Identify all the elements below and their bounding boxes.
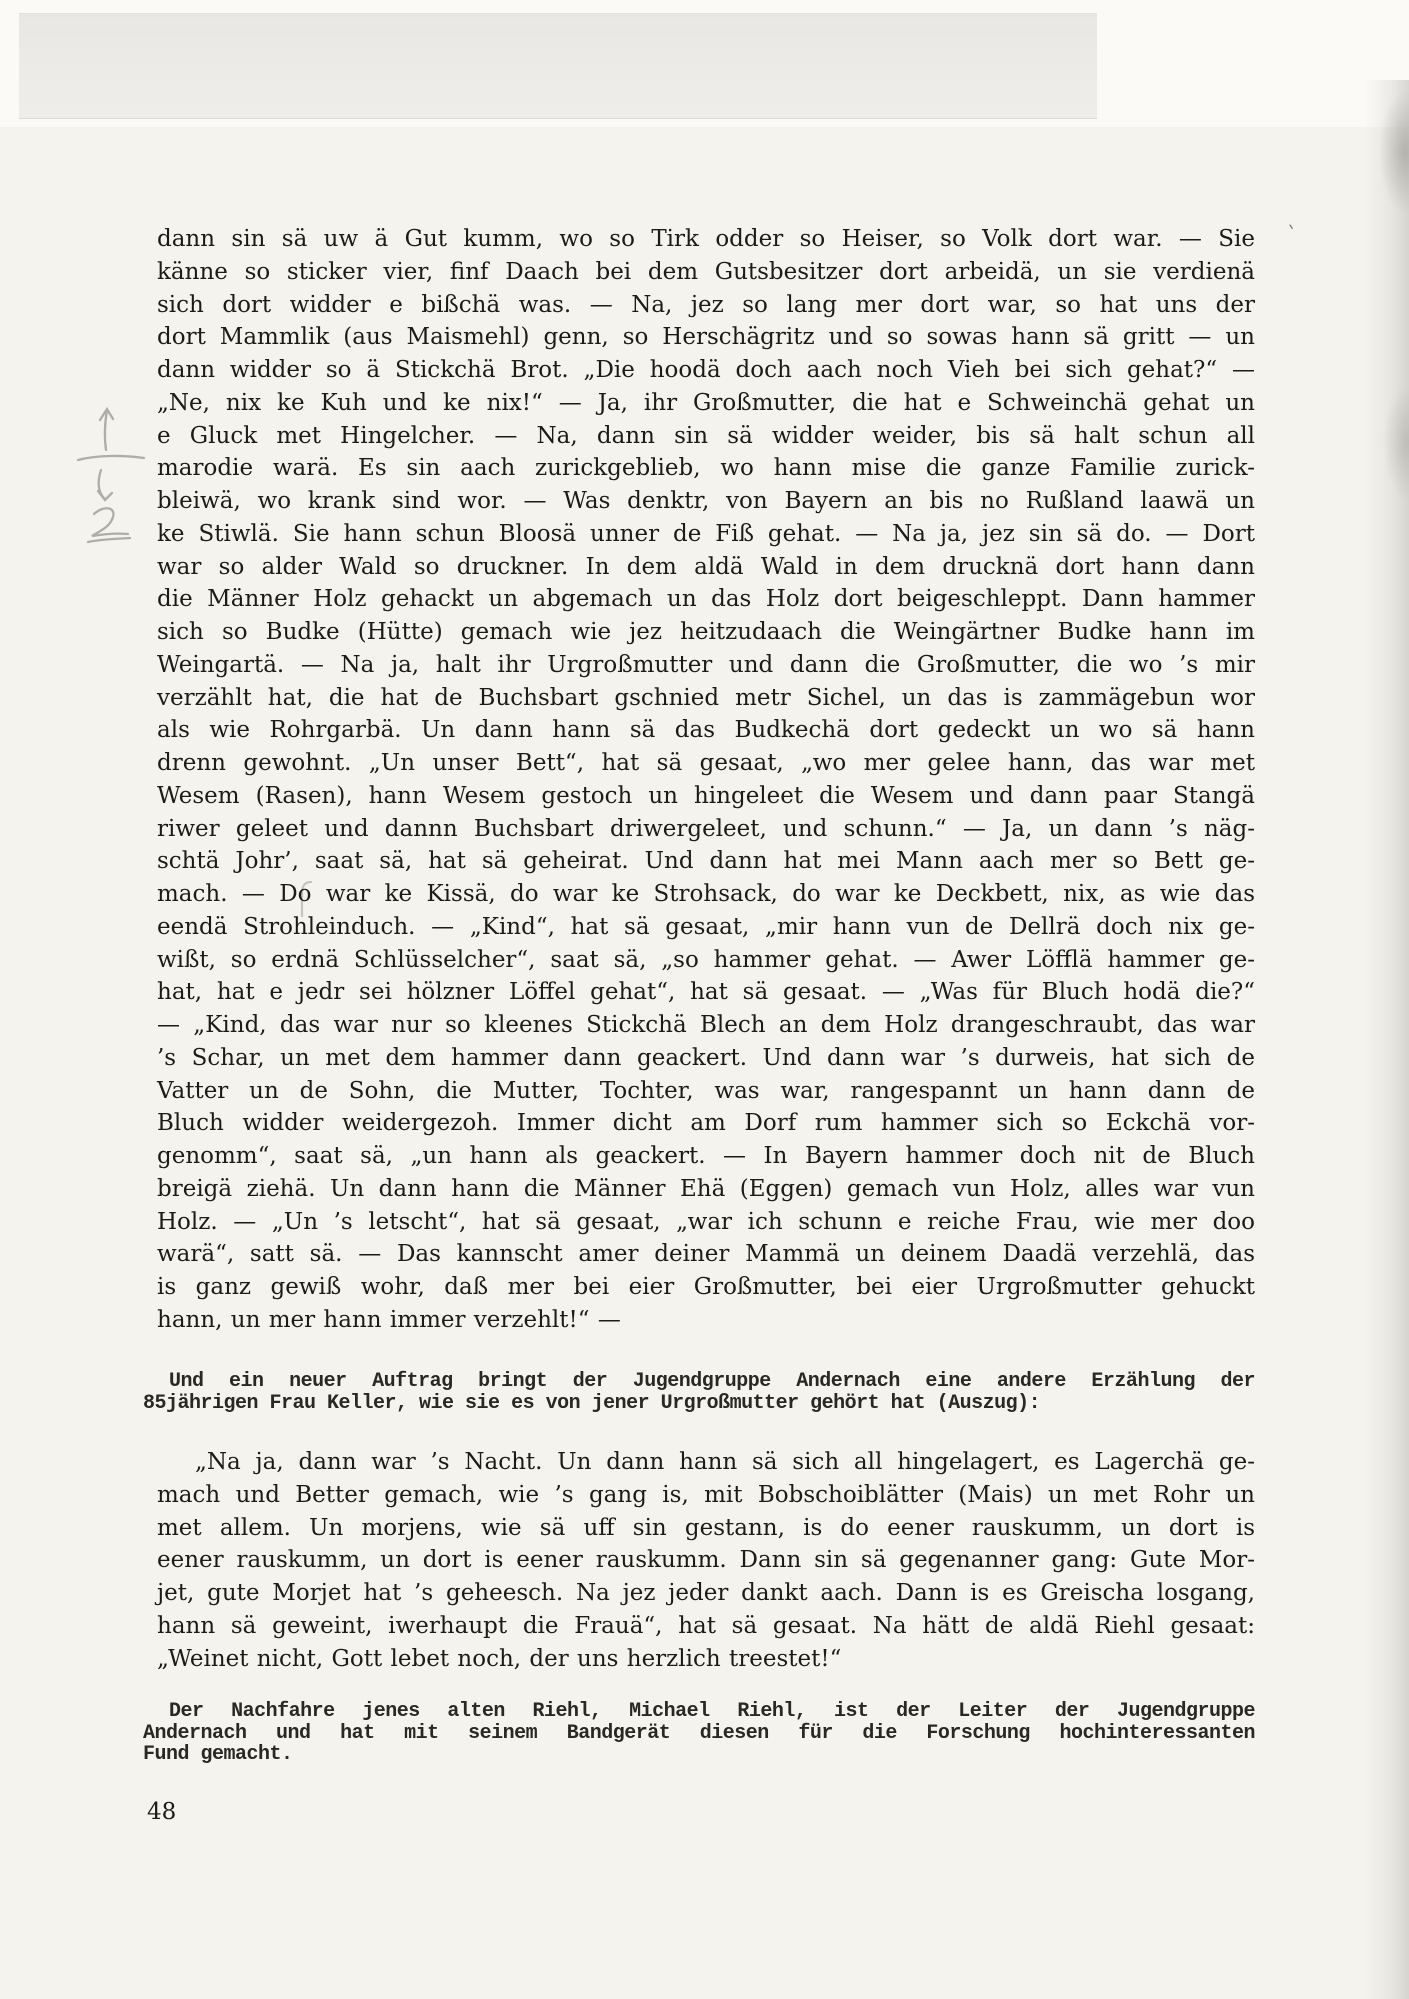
text-line: Vatter un de Sohn, die Mutter, Tochter, …: [157, 1075, 1255, 1108]
note-line: Und ein neuer Auftrag bringt der Jugendg…: [143, 1371, 1255, 1393]
editorial-note-2: Der Nachfahre jenes alten Riehl, Michael…: [143, 1701, 1255, 1766]
scan-artifact-top-band: [19, 13, 1097, 119]
text-line: hann, un mer hann immer verzehlt!“ —: [157, 1304, 1255, 1337]
text-line: riwer geleet und dannn Buchsbart driwerg…: [157, 813, 1255, 846]
text-line: schtä Johr’, saat sä, hat sä geheirat. U…: [157, 845, 1255, 878]
text-line: känne so sticker vier, finf Daach bei de…: [157, 256, 1255, 289]
text-line: breigä ziehä. Un dann hann die Männer Eh…: [157, 1173, 1255, 1206]
scan-smudge-top-right: [1379, 92, 1409, 212]
text-line: „Weinet nicht, Gott lebet noch, der uns …: [157, 1643, 1255, 1676]
text-line: met allem. Un morjens, wie sä uff sin ge…: [157, 1512, 1255, 1545]
text-line: die Männer Holz gehackt un abgemach un d…: [157, 583, 1255, 616]
text-line: Holz. — „Un ’s letscht“, hat sä gesaat, …: [157, 1206, 1255, 1239]
stray-pencil-tick: ˋ: [1284, 221, 1297, 246]
text-line: genomm“, saat sä, „un hann als geackert.…: [157, 1140, 1255, 1173]
text-line: ke Stiwlä. Sie hann schun Bloosä unner d…: [157, 518, 1255, 551]
text-line: sich dort widder e bißchä was. — Na, jez…: [157, 289, 1255, 322]
text-line: is ganz gewiß wohr, daß mer bei eier Gro…: [157, 1271, 1255, 1304]
page-number: 48: [147, 1797, 176, 1827]
text-line: mach. — Do war ke Kissä, do war ke Stroh…: [157, 878, 1255, 911]
text-line: verzählt hat, die hat de Buchsbart gschn…: [157, 682, 1255, 715]
editorial-note-1: Und ein neuer Auftrag bringt der Jugendg…: [143, 1371, 1255, 1414]
text-line: bleiwä, wo krank sind wor. — Was denktr,…: [157, 485, 1255, 518]
text-line: hat, hat e jedr sei hölzner Löffel gehat…: [157, 976, 1255, 1009]
text-line: jet, gute Morjet hat ’s geheesch. Na jez…: [157, 1577, 1255, 1610]
text-line: mach und Better gemach, wie ’s gang is, …: [157, 1479, 1255, 1512]
text-line: als wie Rohrgarbä. Un dann hann sä das B…: [157, 714, 1255, 747]
text-line: marodie warä. Es sin aach zurickgeblieb,…: [157, 452, 1255, 485]
text-line: „Ne, nix ke Kuh und ke nix!“ — Ja, ihr G…: [157, 387, 1255, 420]
scanned-book-page: ˋ dann sin sä uw ä Gut kumm, wo so Tirk …: [0, 0, 1409, 1999]
text-line: Wesem (Rasen), hann Wesem gestoch un hin…: [157, 780, 1255, 813]
text-line: eendä Strohleinduch. — „Kind“, hat sä ge…: [157, 911, 1255, 944]
text-line: dann sin sä uw ä Gut kumm, wo so Tirk od…: [157, 223, 1255, 256]
text-line: drenn gewohnt. „Un unser Bett“, hat sä g…: [157, 747, 1255, 780]
scan-smudge-right: [1383, 385, 1409, 500]
text-line: Weingartä. — Na ja, halt ihr Urgroßmutte…: [157, 649, 1255, 682]
main-paragraph: dann sin sä uw ä Gut kumm, wo so Tirk od…: [157, 223, 1255, 1337]
text-line: „Na ja, dann war ’s Nacht. Un dann hann …: [157, 1446, 1255, 1479]
text-line: — „Kind, das war nur so kleenes Stickchä…: [157, 1009, 1255, 1042]
text-line: Bluch widder weidergezoh. Immer dicht am…: [157, 1107, 1255, 1140]
note-line: Fund gemacht.: [143, 1744, 1255, 1766]
text-line: e Gluck met Hingelcher. — Na, dann sin s…: [157, 420, 1255, 453]
quoted-paragraph: „Na ja, dann war ’s Nacht. Un dann hann …: [157, 1446, 1255, 1675]
text-line: dann widder so ä Stickchä Brot. „Die hoo…: [157, 354, 1255, 387]
scan-artifact-right-edge: [1365, 80, 1409, 1999]
text-line: sich so Budke (Hütte) gemach wie jez hei…: [157, 616, 1255, 649]
text-line: war so alder Wald so druckner. In dem al…: [157, 551, 1255, 584]
note-line: Der Nachfahre jenes alten Riehl, Michael…: [143, 1701, 1255, 1723]
note-line: 85jährigen Frau Keller, wie sie es von j…: [143, 1393, 1255, 1415]
pencil-margin-marks-icon: [52, 398, 162, 548]
text-line: dort Mammlik (aus Maismehl) genn, so Her…: [157, 321, 1255, 354]
text-line: hann sä geweint, iwerhaupt die Frauä“, h…: [157, 1610, 1255, 1643]
note-line: Andernach und hat mit seinem Bandgerät d…: [143, 1723, 1255, 1745]
text-line: ’s Schar, un met dem hammer dann geacker…: [157, 1042, 1255, 1075]
text-line: wißt, so erdnä Schlüsselcher“, saat sä, …: [157, 944, 1255, 977]
text-line: warä“, satt sä. — Das kannscht amer dein…: [157, 1238, 1255, 1271]
text-line: eener rauskumm, un dort is eener rauskum…: [157, 1544, 1255, 1577]
